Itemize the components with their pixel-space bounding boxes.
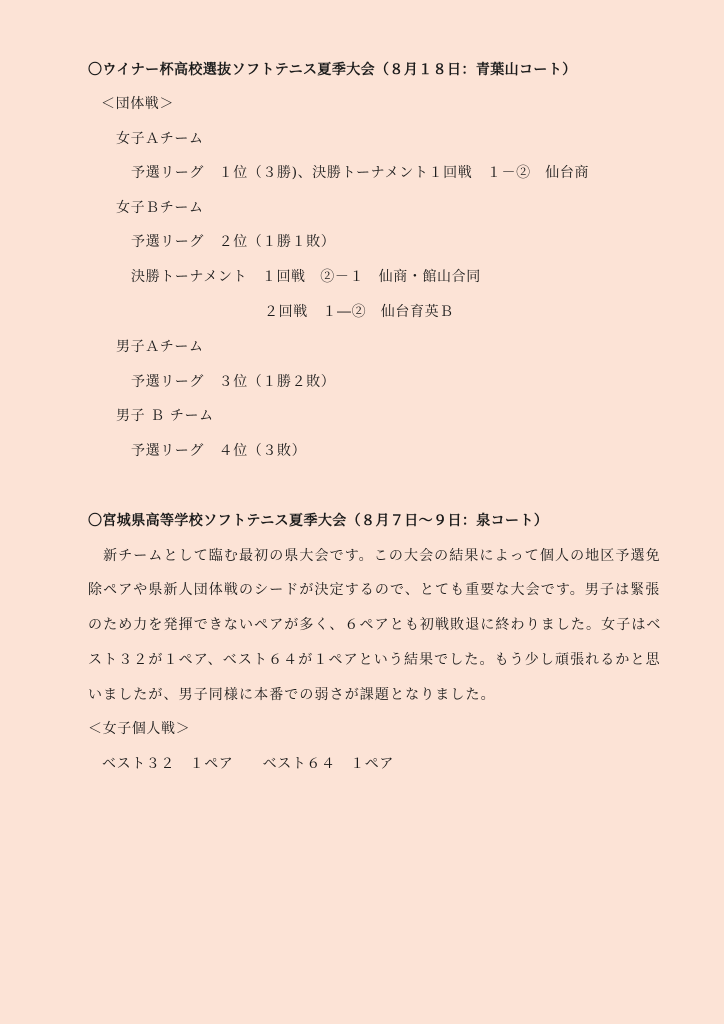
section1-title: 〇ウイナー杯高校選抜ソフトテニス夏季大会（８月１８日：青葉山コート） [88,61,577,79]
section2-subheading: ＜女子個人戦＞ [88,720,190,738]
team-boys-b-name: 男子 Ｂ チーム [116,407,214,425]
team-girls-b-result-league: 予選リーグ ２位（１勝１敗） [131,233,335,251]
section2-paragraph-line: 除ペアや県新人団体戦のシードが決定するので、とても重要な大会です。男子は緊張 [88,581,660,599]
section2-paragraph-line: スト３２が１ペア、ベスト６４が１ペアという結果でした。もう少し頑張れるかと思 [88,651,661,669]
team-girls-b-name: 女子Ｂチーム [116,199,204,217]
section2-paragraph-line: 新チームとして臨む最初の県大会です。この大会の結果によって個人の地区予選免 [88,547,661,565]
team-boys-b-result: 予選リーグ ４位（３敗） [131,442,306,460]
individual-results: ベスト３２ １ペア ベスト６４ １ペア [102,755,394,773]
team-boys-a-result: 予選リーグ ３位（１勝２敗） [131,373,335,391]
team-girls-a-result: 予選リーグ １位（３勝)、決勝トーナメント１回戦 １－② 仙台商 [131,164,589,182]
team-boys-a-name: 男子Ａチーム [116,338,204,356]
team-girls-a-name: 女子Ａチーム [116,130,204,148]
section1-subheading: ＜団体戦＞ [101,95,174,113]
section2-paragraph-line: のため力を発揮できないペアが多く、６ペアとも初戦敗退に終わりました。女子はベ [88,616,662,634]
section2-paragraph-line: いましたが、男子同様に本番での弱さが課題となりました。 [88,686,496,704]
team-girls-b-result-tournament-r2: ２回戦 １―② 仙台育英Ｂ [264,303,454,321]
section2-title: 〇宮城県高等学校ソフトテニス夏季大会（８月７日～９日：泉コート） [88,512,548,530]
team-girls-b-result-tournament-r1: 決勝トーナメント １回戦 ②－１ 仙商・館山合同 [131,268,481,286]
